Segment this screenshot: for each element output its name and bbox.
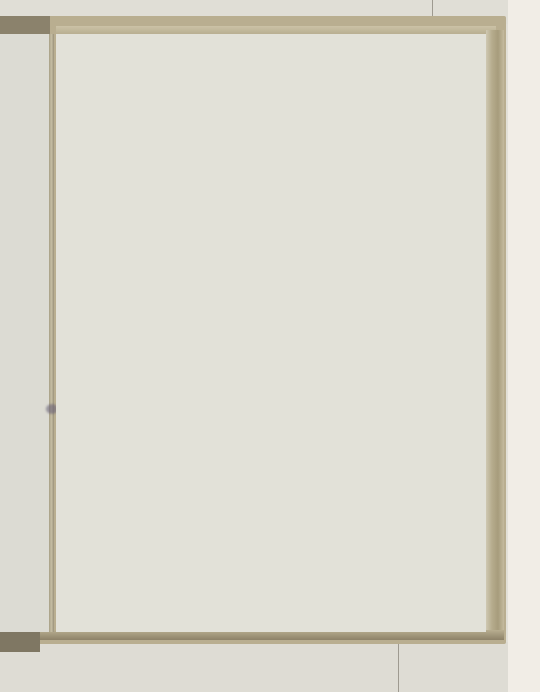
cover-corner-top (0, 16, 50, 36)
right-backdrop (508, 0, 540, 692)
left-page-sliver (0, 34, 50, 632)
guide-line (398, 644, 399, 692)
book-gutter (49, 34, 54, 632)
bottom-backdrop (0, 642, 508, 692)
cover-corner-bottom (0, 632, 40, 652)
page-fore-edge (486, 30, 504, 640)
blank-page (56, 34, 486, 632)
